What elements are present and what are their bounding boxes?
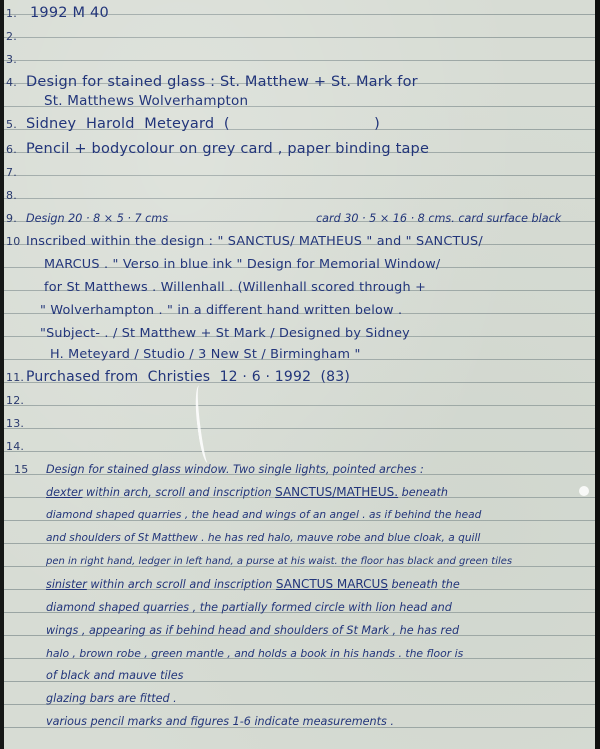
description-text-continued: diamond shaped quarries , the partially … <box>46 596 452 619</box>
inscription-sanctus-marcus: SANCTUS MARCUS <box>276 577 388 591</box>
entry-14-line: 14. <box>4 435 595 458</box>
entry-12-line: 12. <box>4 389 595 412</box>
page-right-edge <box>595 0 600 749</box>
description-text-continued: wings , appearing as if behind head and … <box>46 619 459 642</box>
inscription-text-continued: for St Matthews . Willenhall . (Willenha… <box>44 276 426 299</box>
entry-15-line: 15 Design for stained glass window. Two … <box>4 458 595 481</box>
inscription-text: Inscribed within the design : " SANCTUS/… <box>26 230 483 253</box>
entry-number: 8. <box>6 184 17 207</box>
inscription-text-continued: "Subject- . / St Matthew + St Mark / Des… <box>40 322 410 345</box>
entry-number: 5. <box>6 113 17 136</box>
entry-15-continued-line: dexter within arch, scroll and inscripti… <box>4 481 595 504</box>
entry-8-line: 8. <box>4 184 595 207</box>
description-text-continued: dexter within arch, scroll and inscripti… <box>46 481 448 504</box>
entry-13-line: 13. <box>4 412 595 435</box>
entry-11-line: 11. Purchased from Christies 12 · 6 · 19… <box>4 366 595 389</box>
entry-15-continued-line: wings , appearing as if behind head and … <box>4 619 595 642</box>
entry-6-line: 6. Pencil + bodycolour on grey card , pa… <box>4 138 595 161</box>
description-text: Design for stained glass window. Two sin… <box>46 458 424 481</box>
description-text-continued: glazing bars are fitted . <box>46 687 177 710</box>
entry-number: 14. <box>6 435 24 458</box>
entry-15-continued-line: sinister within arch scroll and inscript… <box>4 573 595 596</box>
entry-number: 3. <box>6 48 17 71</box>
entry-number: 6. <box>6 138 17 161</box>
entry-10-continued-line: for St Matthews . Willenhall . (Willenha… <box>4 276 595 299</box>
artist-name: Sidney Harold Meteyard ( ) <box>26 113 380 136</box>
entry-15-continued-line: halo , brown robe , green mantle , and h… <box>4 642 595 665</box>
accession-number: 1992 M 40 <box>30 2 109 25</box>
entry-15-continued-line: of black and mauve tiles <box>4 664 595 687</box>
entry-number: 2. <box>6 25 17 48</box>
description-text-continued: diamond shaped quarries , the head and w… <box>46 504 481 527</box>
description-fragment: within arch scroll and inscription <box>87 578 276 591</box>
entry-10-continued-line: "Subject- . / St Matthew + St Mark / Des… <box>4 322 595 345</box>
entry-10-continued-line: MARCUS . " Verso in blue ink " Design fo… <box>4 253 595 276</box>
entry-number: 11. <box>6 366 24 389</box>
inscription-text-continued: H. Meteyard / Studio / 3 New St / Birmin… <box>50 343 361 366</box>
entry-10-continued-line: H. Meteyard / Studio / 3 New St / Birmin… <box>4 343 595 366</box>
design-dimensions: Design 20 · 8 × 5 · 7 cms <box>26 207 168 230</box>
inscription-text-continued: " Wolverhampton . " in a different hand … <box>40 299 402 322</box>
description-text-continued: halo , brown robe , green mantle , and h… <box>46 642 463 665</box>
entry-number: 1. <box>6 2 17 25</box>
entry-9-line: 9. Design 20 · 8 × 5 · 7 cms card 30 · 5… <box>4 207 595 230</box>
entry-15-continued-line: pen in right hand, ledger in left hand, … <box>4 550 595 573</box>
entry-7-line: 7. <box>4 161 595 184</box>
entry-5-line: 5. Sidney Harold Meteyard ( ) <box>4 113 595 136</box>
inscription-text-continued: MARCUS . " Verso in blue ink " Design fo… <box>44 253 440 276</box>
inscription-sanctus-matheus: SANCTUS/MATHEUS. <box>275 485 398 499</box>
entry-number: 10 <box>6 230 20 253</box>
card-dimensions: card 30 · 5 × 16 · 8 cms. card surface b… <box>316 207 561 230</box>
entry-15-continued-line: diamond shaped quarries , the head and w… <box>4 504 595 527</box>
description-text-continued: of black and mauve tiles <box>46 664 183 687</box>
description-fragment: within arch, scroll and inscription <box>82 486 275 499</box>
entry-10-continued-line: " Wolverhampton . " in a different hand … <box>4 299 595 322</box>
provenance-text: Purchased from Christies 12 · 6 · 1992 (… <box>26 366 350 389</box>
ruled-register-page: 1. 1992 M 40 2. 3. 4. Design for stained… <box>4 0 595 749</box>
entry-15-continued-line: various pencil marks and figures 1-6 ind… <box>4 710 595 733</box>
entry-1-line: 1. 1992 M 40 <box>4 2 595 25</box>
entry-3-line: 3. <box>4 48 595 71</box>
description-text-continued: sinister within arch scroll and inscript… <box>46 573 460 596</box>
medium-text: Pencil + bodycolour on grey card , paper… <box>26 138 429 161</box>
description-text-continued: and shoulders of St Matthew . he has red… <box>46 527 480 550</box>
entry-number: 7. <box>6 161 17 184</box>
sinister-label: sinister <box>46 578 87 591</box>
description-fragment: beneath <box>398 486 448 499</box>
description-fragment: beneath the <box>388 578 460 591</box>
entry-15-continued-line: glazing bars are fitted . <box>4 687 595 710</box>
entry-number: 13. <box>6 412 24 435</box>
entry-number: 9. <box>6 207 17 230</box>
entry-4-continued-line: St. Matthews Wolverhampton <box>4 90 595 113</box>
entry-10-line: 10 Inscribed within the design : " SANCT… <box>4 230 595 253</box>
entry-2-line: 2. <box>4 25 595 48</box>
description-text-continued: pen in right hand, ledger in left hand, … <box>46 550 512 573</box>
paper-glare-spot <box>579 486 589 496</box>
title-text-continued: St. Matthews Wolverhampton <box>44 90 248 113</box>
description-text-continued: various pencil marks and figures 1-6 ind… <box>46 710 394 733</box>
dexter-label: dexter <box>46 486 82 499</box>
entry-number: 12. <box>6 389 24 412</box>
entry-15-continued-line: diamond shaped quarries , the partially … <box>4 596 595 619</box>
entry-number: 15 <box>14 458 28 481</box>
entry-15-continued-line: and shoulders of St Matthew . he has red… <box>4 527 595 550</box>
